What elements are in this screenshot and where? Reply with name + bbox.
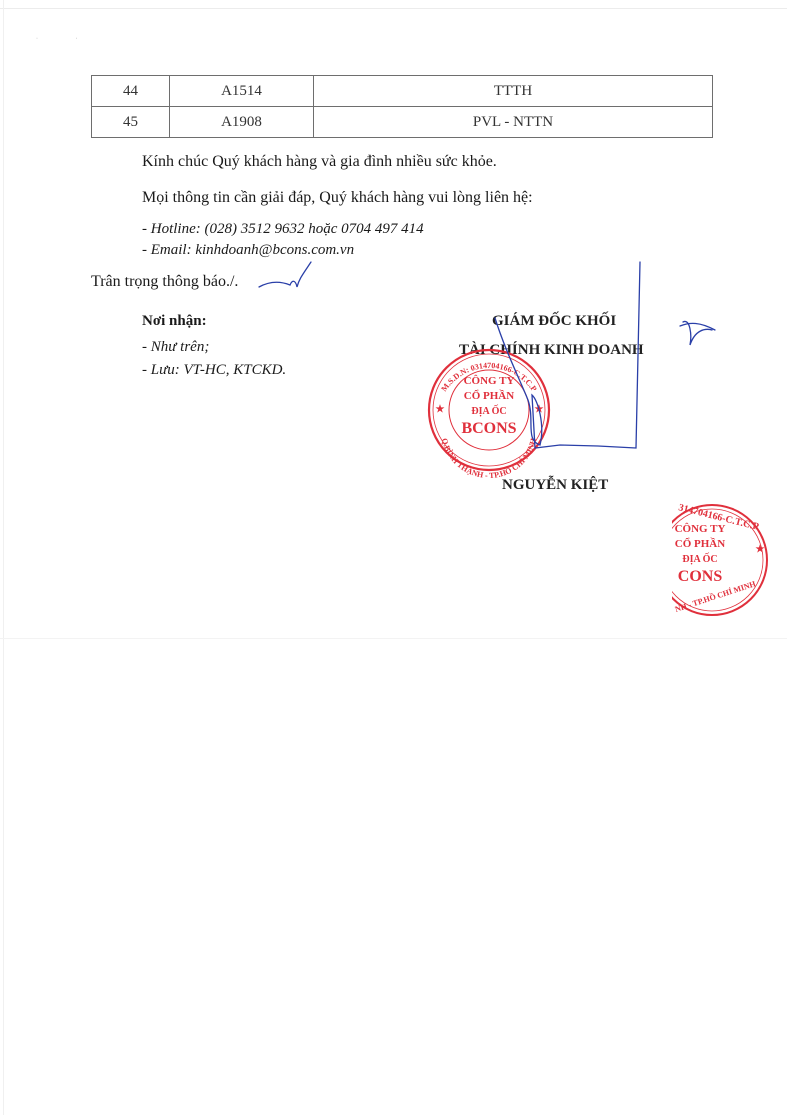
svg-text:★: ★ [756, 544, 765, 555]
partial-seal-line2: CỔ PHẦN [675, 537, 725, 550]
partial-seal-line4: CONS [678, 568, 723, 585]
stamps-and-signatures: M.S.D.N: 0314704166-C.T.C.P Q.BÌNH THẠNH… [0, 0, 787, 1115]
seal-ring-bottom: Q.BÌNH THẠNH - TP.HỒ CHÍ MINH [440, 437, 539, 481]
seal-line3: ĐỊA ỐC [471, 404, 506, 417]
svg-text:Q.BÌNH THẠNH - TP.HỒ CHÍ MINH: Q.BÌNH THẠNH - TP.HỒ CHÍ MINH [440, 437, 539, 481]
seal-line4: BCONS [461, 420, 516, 437]
seal-line2: CỔ PHẦN [464, 389, 514, 402]
seal-line1: CÔNG TY [464, 374, 515, 387]
partial-seal-line1: CÔNG TY [675, 522, 726, 535]
svg-text:★: ★ [436, 404, 445, 415]
partial-seal-line3: ĐỊA ỐC [682, 552, 717, 565]
